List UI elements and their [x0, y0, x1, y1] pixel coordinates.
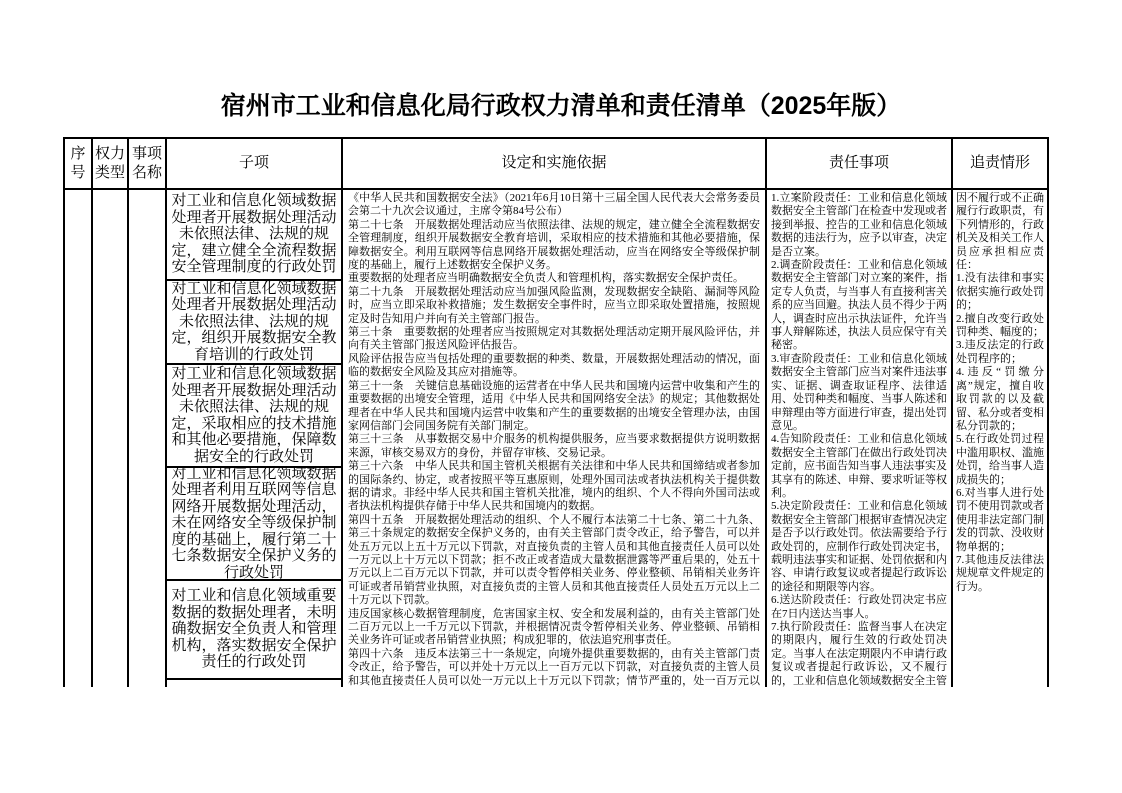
accountability-item-6: 6.对当事人进行处罚不使用罚款或者使用非法定部门制发的罚款、没收财物单据的； — [956, 487, 1044, 554]
legal-basis-paragraph-12: 第四十六条 违反本法第三十一条规定，向境外提供重要数据的，由有关主管部门责令改正… — [348, 648, 760, 687]
document-page: 宿州市工业和信息化局行政权力清单和责任清单（2025年版） 序号 权力类型 事项… — [0, 0, 1122, 793]
header-sub-item: 子项 — [167, 139, 343, 188]
responsibility-item-6: 6.送达阶段责任：行政处罚决定书应在7日内送达当事人。 — [771, 594, 947, 621]
accountability-item-4: 4.违反“罚缴分离”规定，擅自收取罚款的以及截留、私分或者变相私分罚款的； — [956, 366, 1044, 433]
legal-basis-paragraph-11: 违反国家核心数据管理制度，危害国家主权、安全和发展利益的，由有关主管部门处二百万… — [348, 608, 760, 648]
responsibility-cell: 1.立案阶段责任：工业和信息化领域数据安全主管部门在检查中发现或者接到举报、控告… — [767, 190, 953, 687]
legal-basis-paragraph-3: 重要数据的处理者应当明确数据安全负责人和管理机构，落实数据安全保护责任。 — [348, 272, 760, 285]
cell-item-name-empty — [129, 190, 167, 687]
accountability-item-5: 5.在行政处罚过程中滥用职权、滥施处罚，给当事人造成损失的； — [956, 433, 1044, 487]
responsibility-item-5: 5.决定阶段责任：工业和信息化领域数据安全主管部门根据审查情况决定是否予以行政处… — [771, 500, 947, 594]
header-item-name: 事项名称 — [129, 139, 167, 188]
cell-power-type-empty — [93, 190, 129, 687]
sub-item-cell-1: 对工业和信息化领域数据处理者开展数据处理活动未依照法律、法规的规定，建立健全全流… — [167, 190, 341, 281]
legal-basis-paragraph-7: 第三十一条 关键信息基础设施的运营者在中华人民共和国境内运营中收集和产生的重要数… — [348, 380, 760, 434]
header-accountability: 追责情形 — [953, 139, 1047, 188]
header-responsibilities: 责任事项 — [767, 139, 953, 188]
header-sequence-number: 序号 — [65, 139, 93, 188]
accountability-intro: 因不履行或不正确履行行政职责，有下列情形的，行政机关及相关工作人员应承担相应责任… — [956, 192, 1044, 272]
header-power-type: 权力类型 — [93, 139, 129, 188]
accountability-item-3: 3.违反法定的行政处罚程序的； — [956, 339, 1044, 366]
responsibility-item-4: 4.告知阶段责任：工业和信息化领域数据安全主管部门在做出行政处罚决定前，应书面告… — [771, 433, 947, 500]
cell-sequence-number-empty — [65, 190, 93, 687]
legal-basis-paragraph-9: 第三十六条 中华人民共和国主管机关根据有关法律和中华人民共和国缔结或者参加的国际… — [348, 460, 760, 514]
responsibility-item-2: 2.调查阶段责任：工业和信息化领域数据安全主管部门对立案的案件，指定专人负责，与… — [771, 259, 947, 353]
legal-basis-paragraph-5: 第三十条 重要数据的处理者应当按照规定对其数据处理活动定期开展风险评估，并向有关… — [348, 326, 760, 353]
sub-item-cell-5: 对工业和信息化领域重要数据的数据处理者，未明确数据安全负责人和管理机构，落实数据… — [167, 581, 341, 680]
responsibility-item-7: 7.执行阶段责任：监督当事人在决定的期限内，履行生效的行政处罚决定。当事人在法定… — [771, 621, 947, 687]
legal-basis-paragraph-10: 第四十五条 开展数据处理活动的组织、个人不履行本法第二十七条、第二十九条、第三十… — [348, 514, 760, 608]
legal-basis-paragraph-4: 第二十九条 开展数据处理活动应当加强风险监测，发现数据安全缺陷、漏洞等风险时，应… — [348, 286, 760, 326]
responsibility-item-1: 1.立案阶段责任：工业和信息化领域数据安全主管部门在检查中发现或者接到举报、控告… — [771, 192, 947, 259]
table-body-row: 对工业和信息化领域数据处理者开展数据处理活动未依照法律、法规的规定，建立健全全流… — [65, 190, 1047, 687]
sub-item-cell-3: 对工业和信息化领域数据处理者开展数据处理活动未依照法律、法规的规定，采取相应的技… — [167, 365, 341, 468]
sub-item-cell-2: 对工业和信息化领域数据处理者开展数据处理活动未依照法律、法规的规定，组织开展数据… — [167, 281, 341, 365]
legal-basis-paragraph-8: 第三十三条 从事数据交易中介服务的机构提供服务，应当要求数据提供方说明数据来源，… — [348, 433, 760, 460]
accountability-item-2: 2.擅自改变行政处罚种类、幅度的； — [956, 313, 1044, 340]
table-header-row: 序号 权力类型 事项名称 子项 设定和实施依据 责任事项 追责情形 — [65, 139, 1047, 190]
legal-basis-paragraph-6: 风险评估报告应当包括处理的重要数据的种类、数量，开展数据处理活动的情况，面临的数… — [348, 353, 760, 380]
legal-basis-cell: 《中华人民共和国数据安全法》（2021年6月10日第十三届全国人民代表大会常务委… — [343, 190, 767, 687]
accountability-item-1: 1.没有法律和事实依据实施行政处罚的； — [956, 272, 1044, 312]
sub-item-column: 对工业和信息化领域数据处理者开展数据处理活动未依照法律、法规的规定，建立健全全流… — [167, 190, 343, 687]
legal-basis-paragraph-2: 第二十七条 开展数据处理活动应当依照法律、法规的规定，建立健全全流程数据安全管理… — [348, 219, 760, 273]
document-title: 宿州市工业和信息化局行政权力清单和责任清单（2025年版） — [0, 86, 1122, 122]
power-responsibility-table: 序号 权力类型 事项名称 子项 设定和实施依据 责任事项 追责情形 对工业和信息… — [63, 137, 1049, 687]
accountability-cell: 因不履行或不正确履行行政职责，有下列情形的，行政机关及相关工作人员应承担相应责任… — [953, 190, 1047, 687]
header-legal-basis: 设定和实施依据 — [343, 139, 767, 188]
responsibility-item-3: 3.审查阶段责任：工业和信息化领域数据安全主管部门应当对案件违法事实、证据、调查… — [771, 353, 947, 433]
accountability-item-7: 7.其他违反法律法规规章文件规定的行为。 — [956, 554, 1044, 594]
legal-basis-paragraph-1: 《中华人民共和国数据安全法》（2021年6月10日第十三届全国人民代表大会常务委… — [348, 192, 760, 219]
sub-item-cell-4: 对工业和信息化领域数据处理者利用互联网等信息网络开展数据处理活动，未在网络安全等… — [167, 468, 341, 581]
